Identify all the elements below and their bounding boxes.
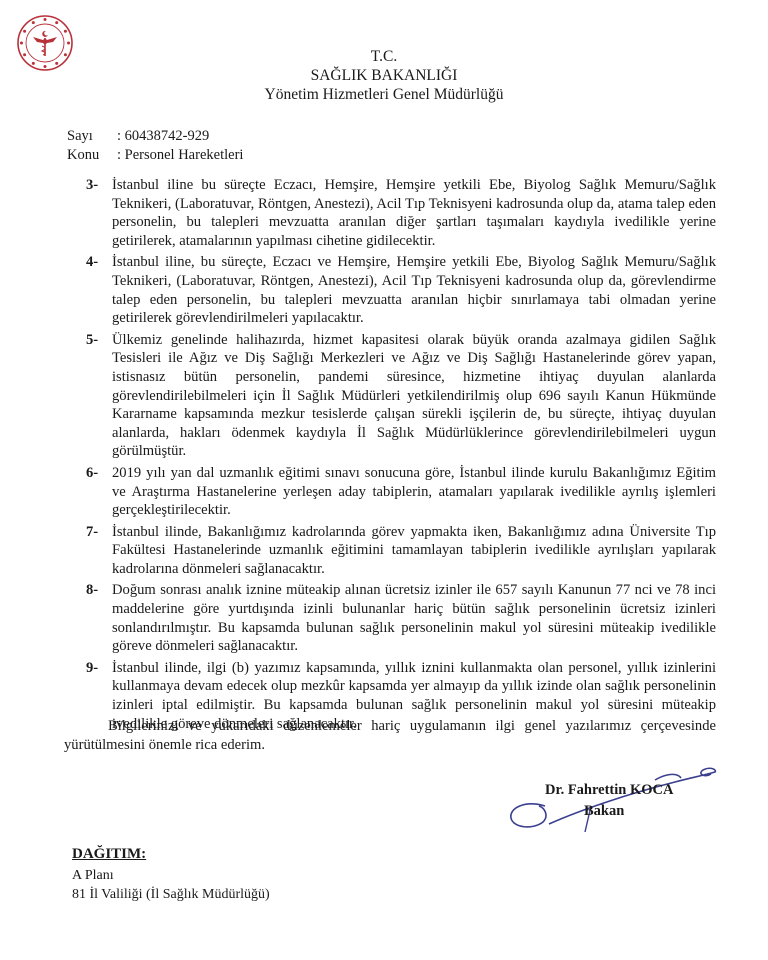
- item-number: 5-: [86, 331, 98, 350]
- item-text: Ülkemiz genelinde halihazırda, hizmet ka…: [112, 332, 716, 460]
- item-text: Doğum sonrası analık iznine müteakip alı…: [112, 582, 716, 654]
- numbered-items: 3-İstanbul iline bu süreçte Eczacı, Hemş…: [86, 176, 716, 736]
- item-number: 8-: [86, 581, 98, 600]
- header-tc: T.C.: [0, 48, 768, 66]
- document-number: Sayı: 60438742-929: [67, 128, 209, 145]
- item-text: İstanbul ilinde, Bakanlığımız kadroların…: [112, 524, 716, 577]
- item-text: 2019 yılı yan dal uzmanlık eğitimi sınav…: [112, 465, 716, 518]
- header-ministry: SAĞLIK BAKANLIĞI: [0, 67, 768, 85]
- sayi-label: Sayı: [67, 128, 117, 145]
- item-number: 9-: [86, 659, 98, 678]
- signatory-name: Dr. Fahrettin KOCA: [545, 782, 673, 799]
- signatory-title: Bakan: [584, 803, 624, 820]
- document-subject: Konu: Personel Hareketleri: [67, 147, 243, 164]
- item-text: İstanbul iline, bu süreçte, Eczacı ve He…: [112, 254, 716, 326]
- list-item: 3-İstanbul iline bu süreçte Eczacı, Hemş…: [86, 176, 716, 250]
- item-number: 3-: [86, 176, 98, 195]
- list-item: 8-Doğum sonrası analık iznine müteakip a…: [86, 581, 716, 655]
- konu-label: Konu: [67, 147, 117, 164]
- list-item: 7-İstanbul ilinde, Bakanlığımız kadrolar…: [86, 523, 716, 579]
- item-number: 4-: [86, 253, 98, 272]
- distribution-line: 81 İl Valiliği (İl Sağlık Müdürlüğü): [72, 887, 270, 903]
- item-number: 6-: [86, 464, 98, 483]
- distribution-heading: DAĞITIM:: [72, 846, 146, 863]
- list-item: 4-İstanbul iline, bu süreçte, Eczacı ve …: [86, 253, 716, 327]
- item-number: 7-: [86, 523, 98, 542]
- header-directorate: Yönetim Hizmetleri Genel Müdürlüğü: [0, 86, 768, 104]
- list-item: 6-2019 yılı yan dal uzmanlık eğitimi sın…: [86, 464, 716, 520]
- list-item: 5-Ülkemiz genelinde halihazırda, hizmet …: [86, 331, 716, 461]
- closing-paragraph: Bilgilerinizi ve yukarıdaki düzenlemeler…: [64, 717, 716, 754]
- konu-value: : Personel Hareketleri: [117, 147, 243, 163]
- distribution-line: A Planı: [72, 868, 114, 884]
- sayi-value: : 60438742-929: [117, 128, 209, 144]
- item-text: İstanbul iline bu süreçte Eczacı, Hemşir…: [112, 177, 716, 249]
